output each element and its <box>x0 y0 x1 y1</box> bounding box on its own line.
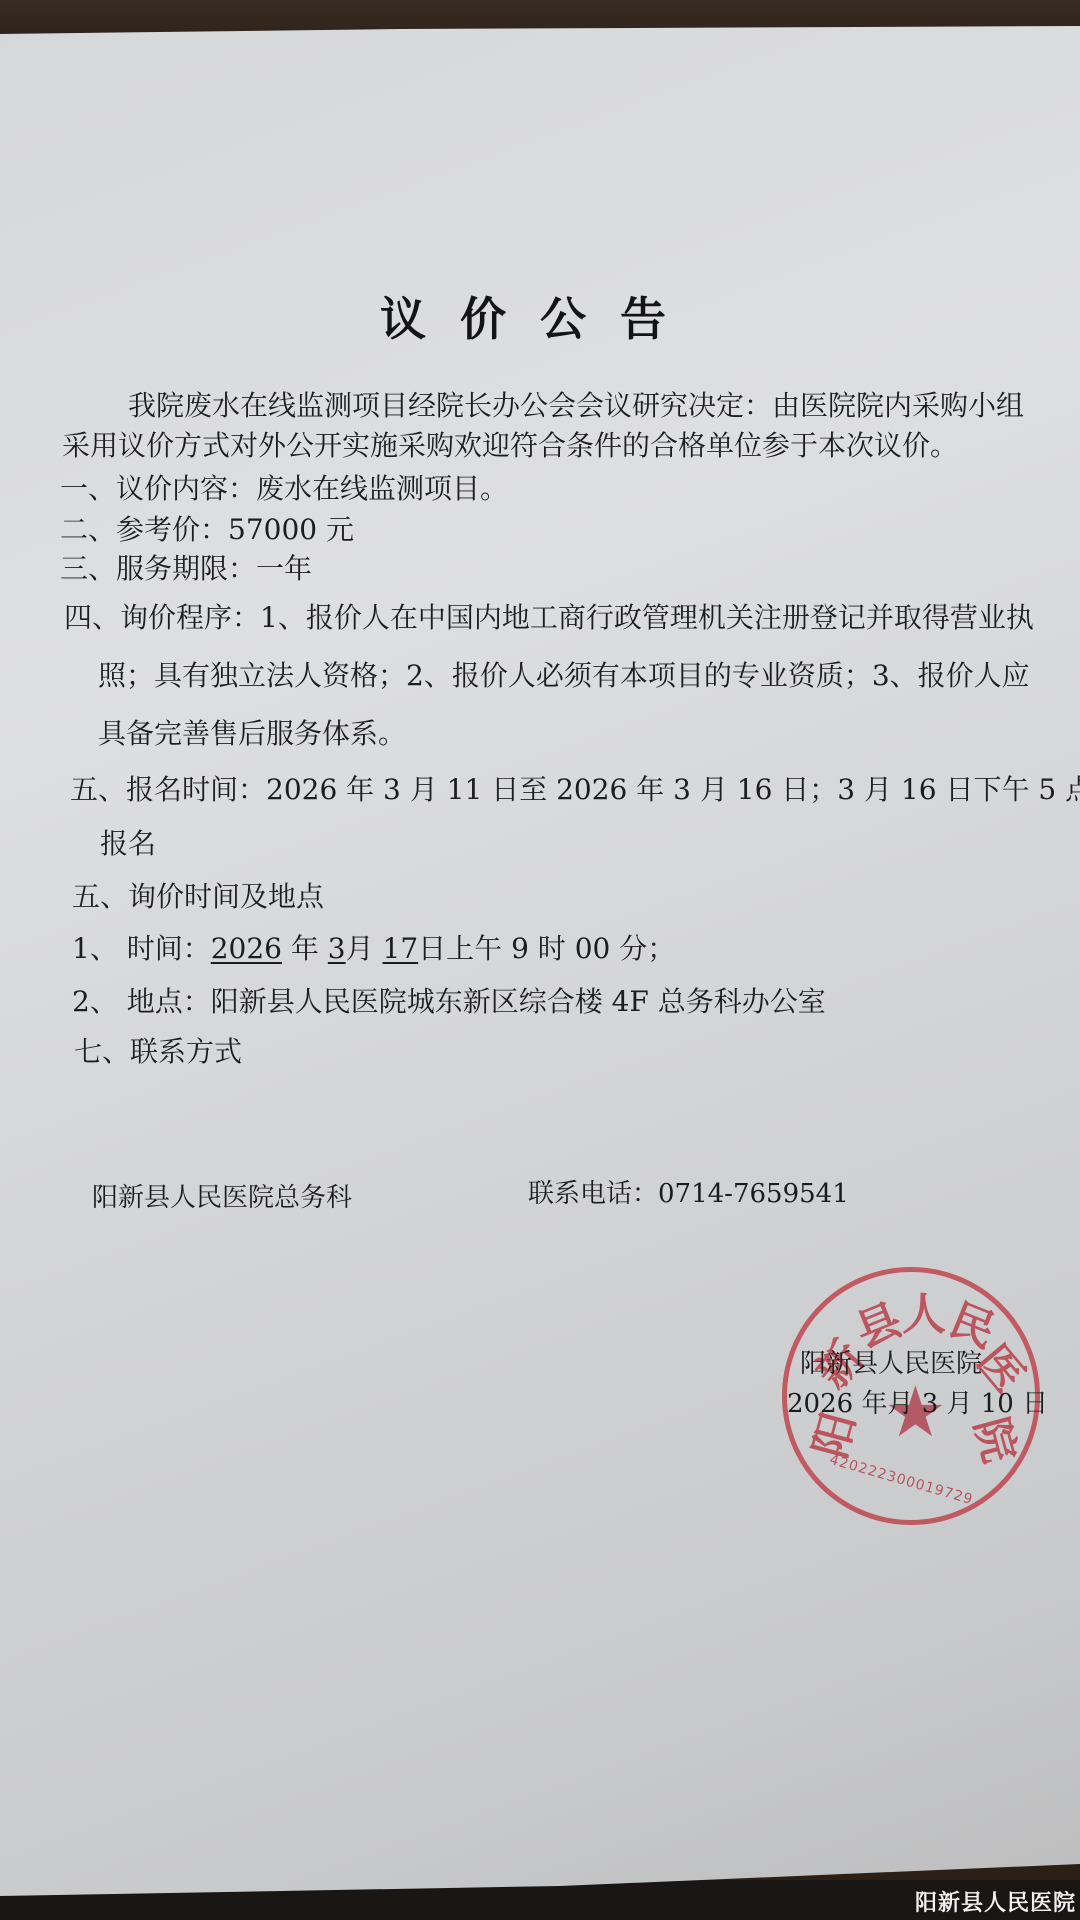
time-prefix: 1、 时间： <box>72 932 211 965</box>
intro-line-2: 采用议价方式对外公开实施采购欢迎符合条件的合格单位参于本次议价。 <box>62 424 958 464</box>
time-year-unit: 年 <box>282 932 328 965</box>
document-title: 议价公告 <box>0 283 1080 349</box>
intro-line-1: 我院废水在线监测项目经院长办公会会议研究决定：由医院院内采购小组 <box>128 384 1024 424</box>
seal-char: 人 <box>902 1278 946 1342</box>
footer-department: 阳新县人民医院总务科 <box>92 1177 352 1214</box>
item-reference-price: 二、参考价：57000 元 <box>60 508 354 548</box>
footer-date: 2026 年月 3 月 10 日 <box>787 1383 1048 1420</box>
phone-label: 联系电话： <box>528 1179 658 1209</box>
time-month-unit: 月 <box>346 932 383 965</box>
time-suffix: 日上午 9 时 00 分； <box>418 932 675 965</box>
footer-signer: 阳新县人民医院 <box>800 1343 982 1380</box>
item-inquiry-place: 2、 地点：阳新县人民医院城东新区综合楼 4F 总务科办公室 <box>72 980 826 1020</box>
item-registration-line-2: 报名 <box>100 822 156 862</box>
item-service-period: 三、服务期限：一年 <box>60 547 312 587</box>
footer-phone: 联系电话：0714-7659541 <box>528 1173 849 1210</box>
time-month: 3 <box>328 932 346 965</box>
item-procedure-line-1: 四、询价程序：1、报价人在中国内地工商行政管理机关注册登记并取得营业执 <box>64 596 1034 636</box>
seal-code: 420222300019729 <box>828 1452 975 1508</box>
item-procedure-line-2: 照；具有独立法人资格；2、报价人必须有本项目的专业资质；3、报价人应 <box>98 654 1030 694</box>
time-day: 17 <box>383 932 419 965</box>
item-content: 一、议价内容：废水在线监测项目。 <box>60 467 508 507</box>
item-inquiry-time: 1、 时间：2026 年 3月 17日上午 9 时 00 分； <box>72 927 675 967</box>
item-registration-line-1: 五、报名时间：2026 年 3 月 11 日至 2026 年 3 月 16 日；… <box>70 768 1080 808</box>
item-inquiry-heading: 五、询价时间及地点 <box>72 875 324 915</box>
phone-number: 0714-7659541 <box>658 1179 849 1209</box>
time-year: 2026 <box>211 932 282 965</box>
watermark: 阳新县人民医院 <box>915 1886 1076 1917</box>
item-contact-heading: 七、联系方式 <box>74 1030 242 1070</box>
item-procedure-line-3: 具备完善售后服务体系。 <box>98 712 406 752</box>
